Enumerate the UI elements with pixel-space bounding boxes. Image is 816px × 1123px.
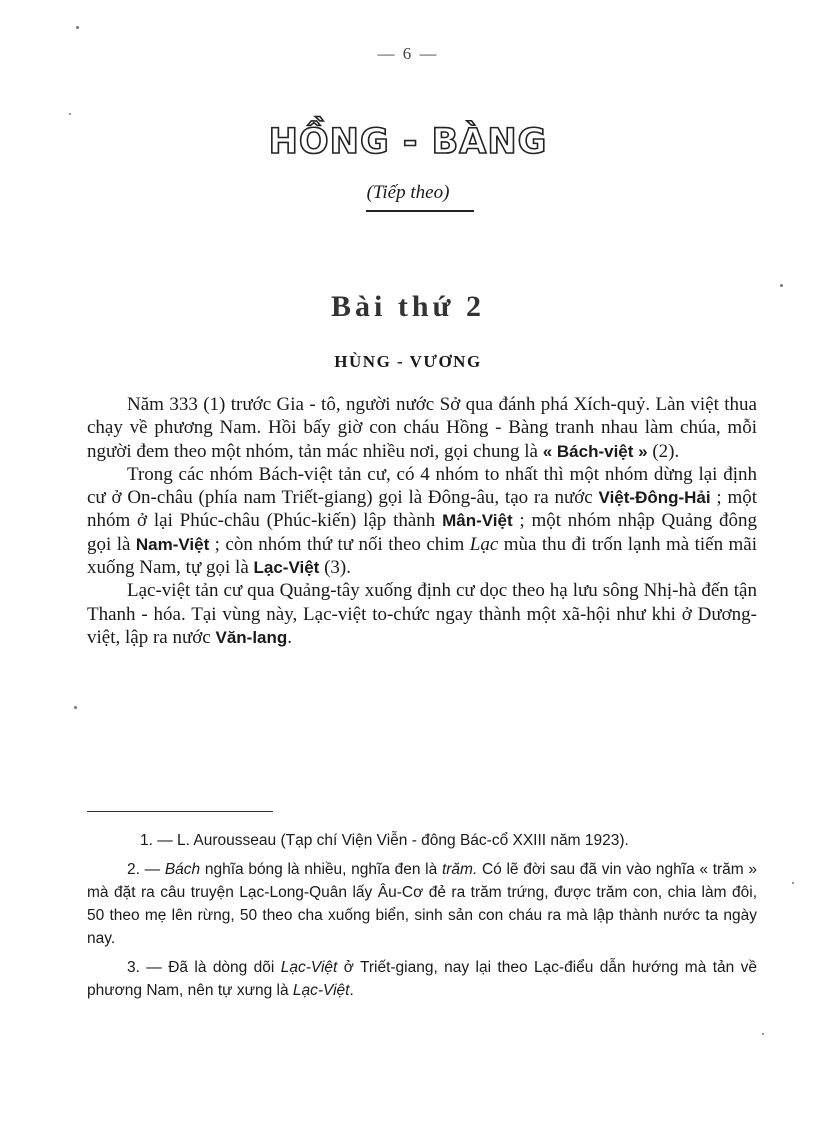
- text-run: Đã là dòng dõi: [168, 959, 281, 976]
- term-man-viet: Mân-Việt: [442, 511, 513, 530]
- footnote-number: 2. —: [127, 861, 165, 878]
- term-bach-viet: « Bách-việt »: [543, 442, 648, 461]
- text-run: trăm.: [442, 861, 477, 878]
- term-van-lang: Văn-lang: [216, 628, 288, 647]
- scan-speck: [74, 706, 77, 709]
- footnote-separator: [87, 811, 273, 812]
- text-run: ; còn nhóm thứ tư nối theo chim: [209, 534, 470, 555]
- paragraph-2: Trong các nhóm Bách-việt tản cư, có 4 nh…: [87, 463, 757, 579]
- term-lac: Lạc: [470, 534, 499, 555]
- text-run: (3).: [319, 557, 351, 578]
- chapter-title: HỒNG - BÀNG: [0, 122, 816, 162]
- footnote-number: 3. —: [127, 959, 168, 976]
- term-lac-viet: Lạc-Việt: [254, 558, 320, 577]
- scan-speck: [76, 26, 79, 29]
- text-run: .: [349, 982, 353, 999]
- paragraph-3: Lạc-việt tản cư qua Quảng-tây xuống định…: [87, 579, 757, 649]
- paragraph-1: Năm 333 (1) trước Gia - tô, người nước S…: [87, 393, 757, 463]
- text-run: .: [287, 627, 292, 648]
- text-run: Lạc-Việt: [281, 959, 338, 976]
- section-title: HÙNG - VƯƠNG: [0, 352, 816, 372]
- page-number: — 6 —: [0, 44, 816, 64]
- footnotes: 1. — L. Aurousseau (Tạp chí Viện Viễn - …: [87, 829, 757, 1008]
- chapter-subtitle: (Tiếp theo): [0, 182, 816, 204]
- text-run: Lạc-Việt: [293, 982, 350, 999]
- footnote-3: 3. — Đã là dòng dõi Lạc-Việt ở Triết-gia…: [87, 956, 757, 1002]
- term-viet-dong-hai: Việt-Đông-Hải: [599, 488, 711, 507]
- body-text: Năm 333 (1) trước Gia - tô, người nước S…: [87, 393, 757, 649]
- scan-speck: [762, 1033, 764, 1035]
- scan-speck: [792, 882, 794, 884]
- scan-speck: [780, 284, 783, 287]
- text-run: Bách: [165, 861, 200, 878]
- text-run: (2).: [648, 441, 680, 462]
- lesson-title: Bài thứ 2: [0, 290, 816, 324]
- text-run: Lạc-việt tản cư qua Quảng-tây xuống định…: [87, 580, 757, 648]
- scan-speck: [69, 113, 71, 115]
- term-nam-viet: Nam-Việt: [136, 535, 209, 554]
- subtitle-underline: [366, 210, 474, 212]
- footnote-1: 1. — L. Aurousseau (Tạp chí Viện Viễn - …: [87, 829, 757, 852]
- text-run: nghĩa bóng là nhiều, nghĩa đen là: [200, 861, 442, 878]
- footnote-2: 2. — Bách nghĩa bóng là nhiều, nghĩa đen…: [87, 858, 757, 950]
